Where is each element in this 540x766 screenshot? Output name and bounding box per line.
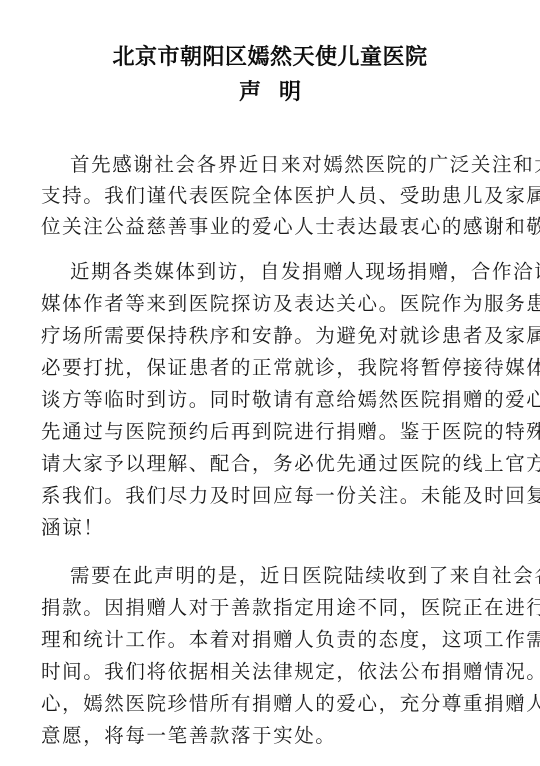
paragraph-line: 系我们。我们尽力及时回应每一份关注。未能及时回复的请多 (41, 480, 540, 511)
paragraph-line: 需要在此声明的是，近日医院陆续收到了来自社会各界的 (70, 560, 540, 591)
paragraph-line: 涵谅！ (41, 512, 104, 543)
paragraph-line: 近期各类媒体到访，自发捐赠人现场捐赠，合作洽谈者、自 (70, 256, 540, 287)
paragraph-line: 媒体作者等来到医院探访及表达关心。医院作为服务患儿的诊 (41, 288, 540, 319)
paragraph-line: 支持。我们谨代表医院全体医护人员、受助患儿及家属，向每一 (41, 180, 540, 211)
statement-document: 北京市朝阳区嫣然天使儿童医院 声明 首先感谢社会各界近日来对嫣然医院的广泛关注和… (0, 0, 540, 766)
statement-heading: 声明 (0, 79, 540, 107)
paragraph-line: 理和统计工作。本着对捐赠人负责的态度，这项工作需要一些 (41, 624, 540, 655)
paragraph-line: 意愿，将每一笔善款落于实处。 (41, 720, 336, 751)
statement-heading-char-1: 声 (239, 79, 261, 107)
paragraph-line: 疗场所需要保持秩序和安静。为避免对就诊患者及家属造成不 (41, 320, 540, 351)
paragraph-line: 必要打扰，保证患者的正常就诊，我院将暂停接待媒体、合作洽 (41, 352, 540, 383)
paragraph-line: 时间。我们将依据相关法律规定，依法公布捐赠情况。请大家放 (41, 656, 540, 687)
paragraph-line: 先通过与医院预约后再到院进行捐赠。鉴于医院的特殊性，恳 (41, 416, 540, 447)
statement-heading-char-2: 明 (279, 79, 301, 107)
paragraph-line: 心，嫣然医院珍惜所有捐赠人的爱心，充分尊重捐赠人的捐赠 (41, 688, 540, 719)
hospital-name-heading: 北京市朝阳区嫣然天使儿童医院 (0, 44, 540, 72)
paragraph-line: 位关注公益慈善事业的爱心人士表达最衷心的感谢和敬意！ (41, 211, 540, 242)
paragraph-line: 谈方等临时到访。同时敬请有意给嫣然医院捐赠的爱心人士事 (41, 384, 540, 415)
paragraph-line: 首先感谢社会各界近日来对嫣然医院的广泛关注和大力 (70, 149, 540, 180)
paragraph-line: 请大家予以理解、配合，务必优先通过医院的线上官方渠道联 (41, 448, 540, 479)
paragraph-line: 捐款。因捐赠人对于善款指定用途不同，医院正在进行逐条梳 (41, 592, 540, 623)
